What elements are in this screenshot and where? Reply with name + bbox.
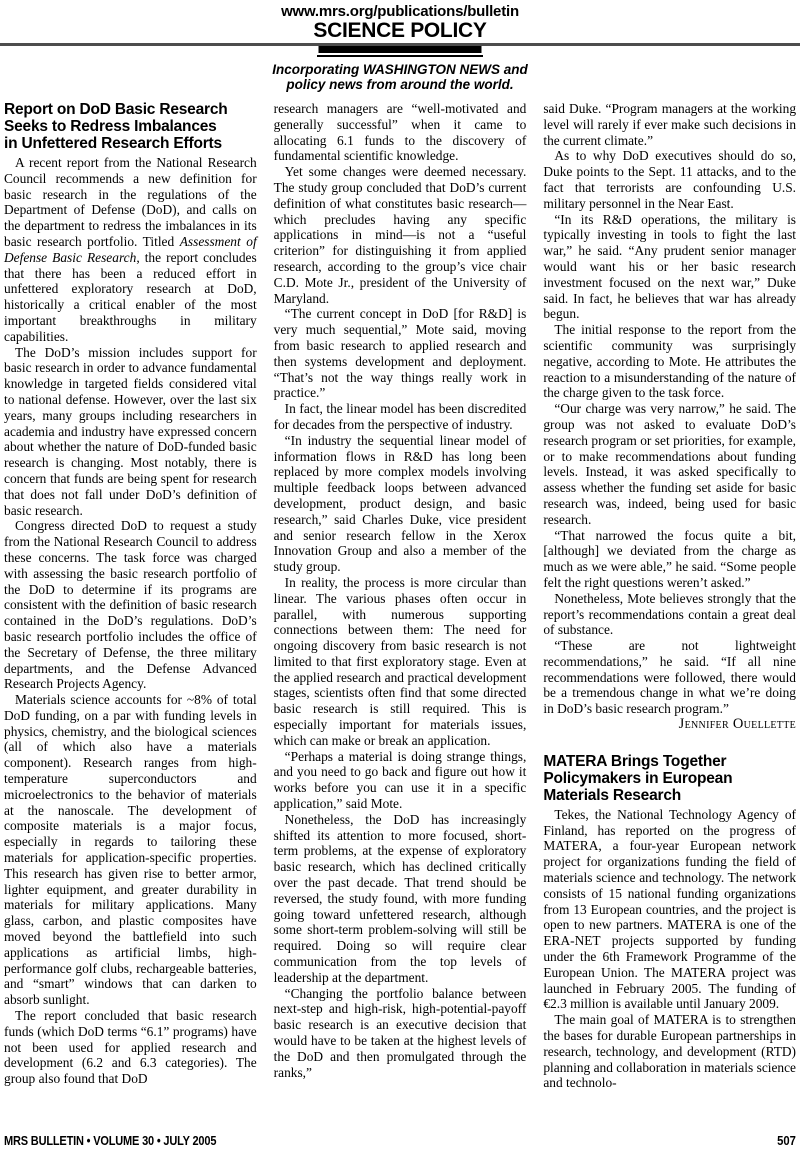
article-paragraph: The initial response to the report from … xyxy=(543,322,796,401)
footer-journal-info: MRS BULLETIN • VOLUME 30 • JULY 2005 xyxy=(4,1134,216,1148)
article-paragraph: Nonetheless, Mote believes strongly that… xyxy=(543,591,796,638)
article-columns: Report on DoD Basic Research Seeks to Re… xyxy=(0,101,800,1131)
article-paragraph: “Our charge was very narrow,” he said. T… xyxy=(543,401,796,527)
heading-line: Materials Research xyxy=(543,787,796,804)
tagline-line2: policy news from around the world. xyxy=(0,77,800,92)
article-paragraph: “In its R&D operations, the military is … xyxy=(543,212,796,323)
tagline: Incorporating WASHINGTON NEWS and policy… xyxy=(0,62,800,92)
article-paragraph: Congress directed DoD to request a study… xyxy=(4,518,257,692)
article-paragraph: In reality, the process is more circular… xyxy=(274,575,527,749)
heading-line: in Unfettered Research Efforts xyxy=(4,135,257,152)
article-paragraph: In fact, the linear model has been discr… xyxy=(274,401,527,433)
article-paragraph: “That narrowed the focus quite a bit, [a… xyxy=(543,528,796,591)
footer-page-number: 507 xyxy=(777,1134,796,1148)
byline-jennifer-ouellette: Jennifer Ouellette xyxy=(543,717,796,733)
section-title: SCIENCE POLICY xyxy=(0,21,800,41)
publication-url: www.mrs.org/publications/bulletin xyxy=(0,3,800,20)
article-paragraph: The report concluded that basic research… xyxy=(4,1008,257,1087)
article-heading-dod: Report on DoD Basic Research Seeks to Re… xyxy=(4,101,257,152)
tagline-line1: Incorporating WASHINGTON NEWS and xyxy=(0,62,800,77)
article-paragraph: “Changing the portfolio balance between … xyxy=(274,986,527,1081)
article-paragraph: The main goal of MATERA is to strengthen… xyxy=(543,1012,796,1091)
article-heading-matera: MATERA Brings Together Policymakers in E… xyxy=(543,753,796,804)
heading-line: Report on DoD Basic Research xyxy=(4,101,257,118)
heading-line: Policymakers in European xyxy=(543,770,796,787)
heading-line: Seeks to Redress Imbalances xyxy=(4,118,257,135)
article-paragraph: As to why DoD executives should do so, D… xyxy=(543,148,796,211)
article-paragraph: Materials science accounts for ~8% of to… xyxy=(4,692,257,1008)
page-footer: MRS BULLETIN • VOLUME 30 • JULY 2005 507 xyxy=(4,1134,796,1148)
article-paragraph: research managers are “well-motivated an… xyxy=(274,101,527,164)
article-paragraph: “The current concept in DoD [for R&D] is… xyxy=(274,306,527,401)
article-paragraph: “Perhaps a material is doing strange thi… xyxy=(274,749,527,812)
masthead: www.mrs.org/publications/bulletin SCIENC… xyxy=(0,0,800,92)
article-paragraph: “These are not lightweight recommendatio… xyxy=(543,638,796,717)
article-paragraph: A recent report from the National Resear… xyxy=(4,155,257,345)
article-paragraph: Yet some changes were deemed necessary. … xyxy=(274,164,527,306)
masthead-rules xyxy=(0,43,800,57)
title-underline-bar xyxy=(319,46,482,53)
article-paragraph: Tekes, the National Technology Agency of… xyxy=(543,807,796,1012)
article-paragraph: The DoD’s mission includes support for b… xyxy=(4,345,257,519)
article-paragraph: Nonetheless, the DoD has increasingly sh… xyxy=(274,812,527,986)
title-underline-thin-rule xyxy=(317,55,483,57)
column-1: Report on DoD Basic Research Seeks to Re… xyxy=(4,101,257,1131)
magazine-page: www.mrs.org/publications/bulletin SCIENC… xyxy=(0,0,800,1153)
article-paragraph: “In industry the sequential linear model… xyxy=(274,433,527,575)
article-paragraph: said Duke. “Program managers at the work… xyxy=(543,101,796,148)
column-2: research managers are “well-motivated an… xyxy=(274,101,527,1131)
column-3: said Duke. “Program managers at the work… xyxy=(543,101,796,1131)
heading-line: MATERA Brings Together xyxy=(543,753,796,770)
